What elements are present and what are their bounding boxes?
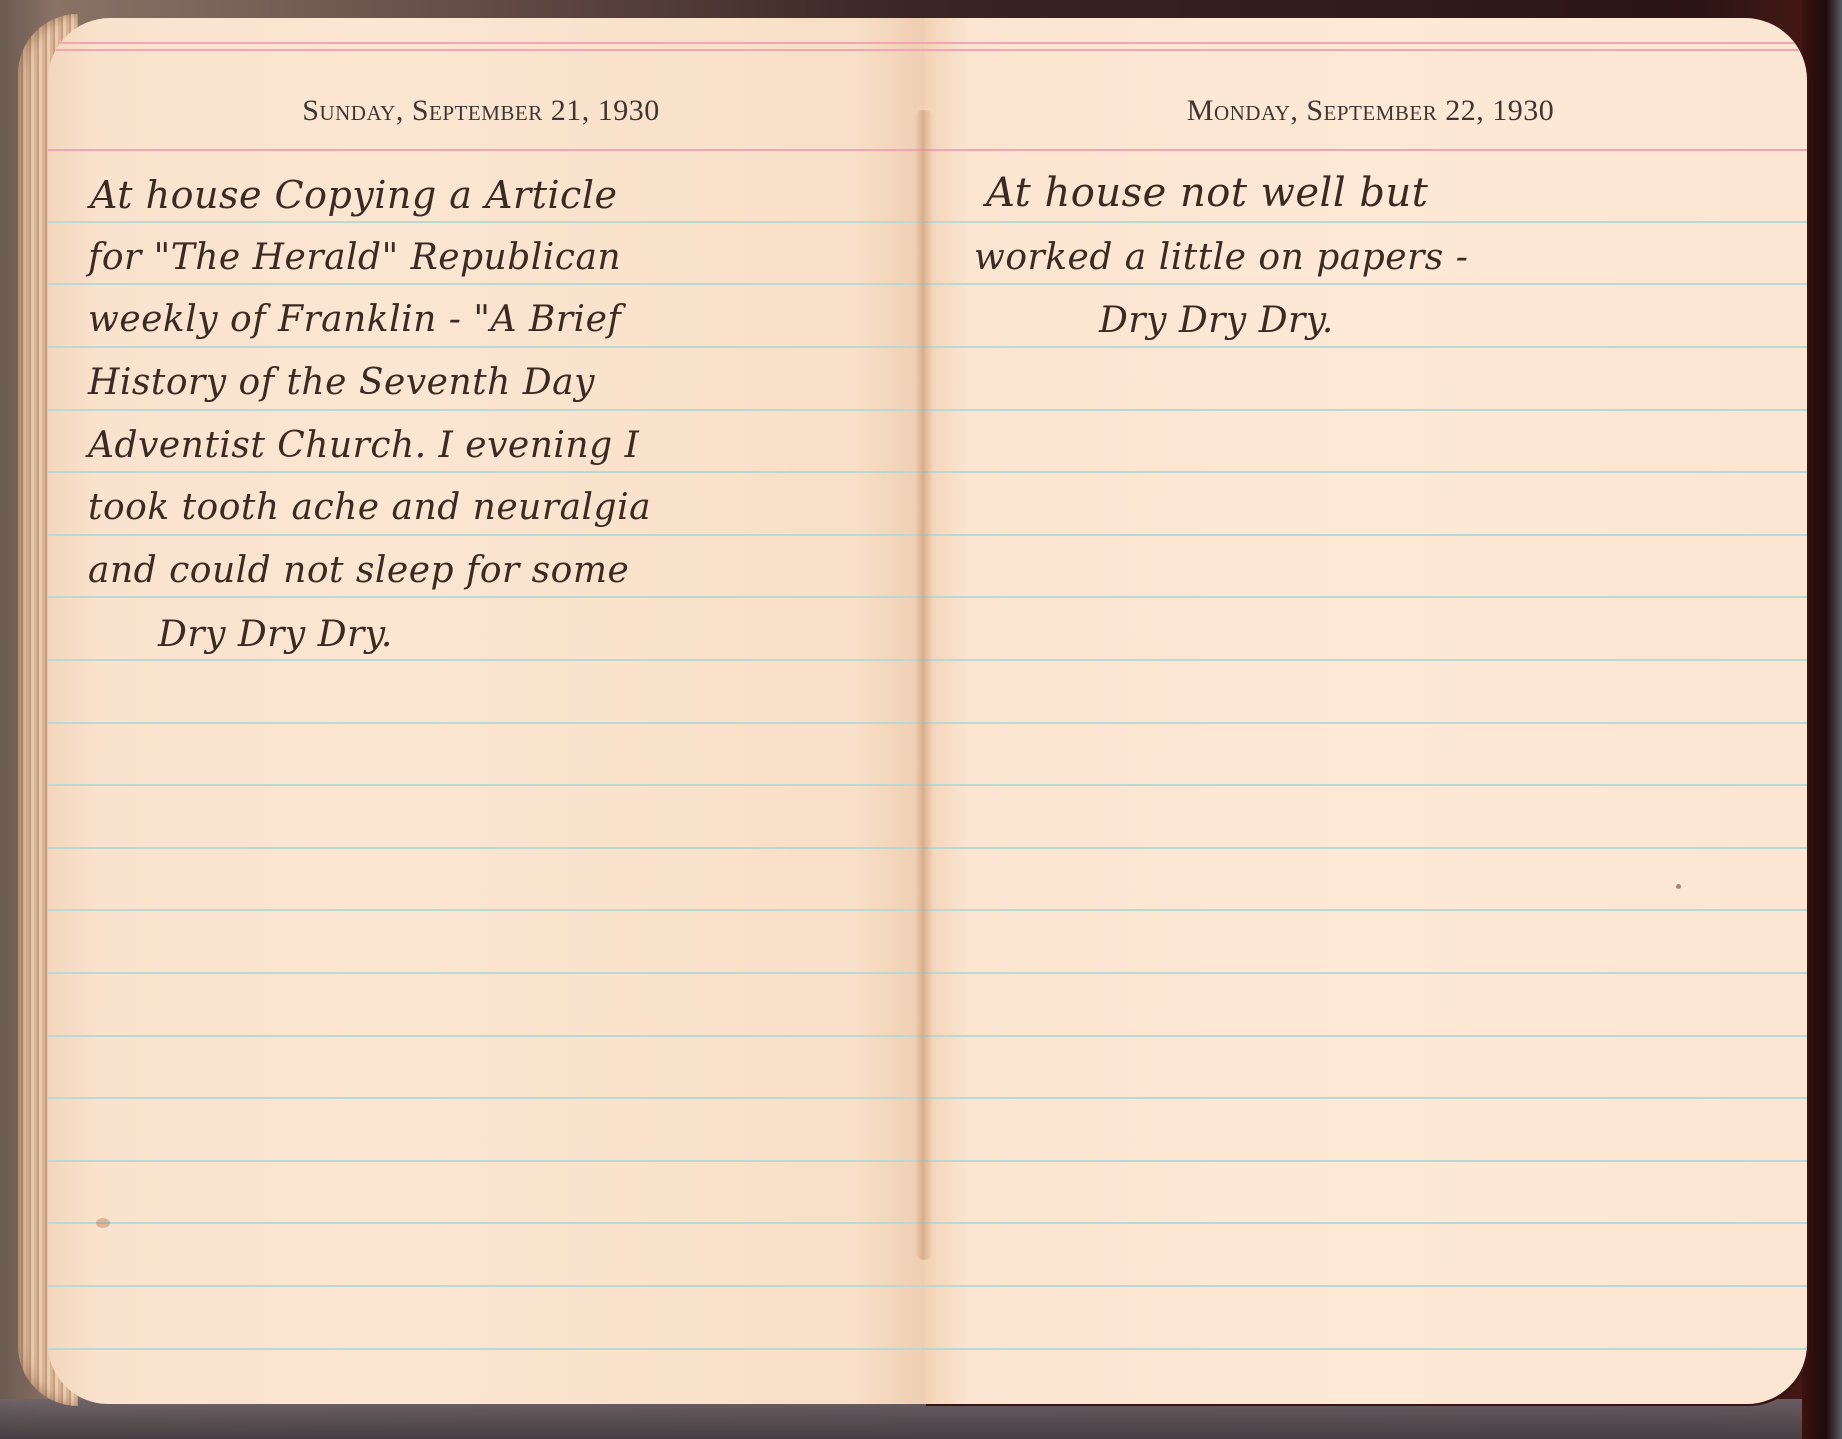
ruled-line xyxy=(924,409,1807,411)
handwritten-line: took tooth ache and neuralgia xyxy=(88,487,651,528)
top-pink-rule-1 xyxy=(924,42,1807,44)
ruled-line xyxy=(48,972,924,974)
date-header: Sunday, September 21, 1930 xyxy=(48,94,924,128)
top-pink-rule-2 xyxy=(48,49,924,51)
handwritten-line: Adventist Church. I evening I xyxy=(88,425,639,466)
ruled-line xyxy=(48,283,924,285)
ruled-line xyxy=(48,596,924,598)
ruled-line xyxy=(924,1097,1807,1099)
scanner-background xyxy=(0,1399,1842,1439)
top-pink-rule-2 xyxy=(924,49,1807,51)
header-pink-rule xyxy=(924,149,1807,151)
ruled-line xyxy=(924,283,1807,285)
ruled-line xyxy=(924,1285,1807,1287)
ruled-line xyxy=(48,784,924,786)
ruled-line xyxy=(924,1348,1807,1350)
ruled-line xyxy=(48,221,924,223)
handwritten-line: At house Copying a Article xyxy=(90,173,617,217)
ruled-line xyxy=(48,1348,924,1350)
ruled-line xyxy=(924,972,1807,974)
ruled-line xyxy=(48,1097,924,1099)
handwritten-signoff: Dry Dry Dry. xyxy=(1099,300,1334,341)
ruled-line xyxy=(924,659,1807,661)
paper-speck xyxy=(1676,884,1681,889)
ruled-line xyxy=(48,534,924,536)
handwritten-line: History of the Seventh Day xyxy=(88,362,595,403)
ruled-line xyxy=(48,1285,924,1287)
date-header: Monday, September 22, 1930 xyxy=(924,94,1807,128)
ruled-line xyxy=(48,847,924,849)
ruled-line xyxy=(924,1222,1807,1224)
book-spine-gutter xyxy=(915,110,933,1260)
ruled-line xyxy=(924,784,1807,786)
diary-page-left: Sunday, September 21, 1930 At house Copy… xyxy=(48,18,924,1404)
ruled-line xyxy=(924,596,1807,598)
ruled-line xyxy=(48,1160,924,1162)
handwritten-line: and could not sleep for some xyxy=(88,550,629,591)
handwritten-line: weekly of Franklin - "A Brief xyxy=(88,299,621,340)
handwritten-signoff: Dry Dry Dry. xyxy=(158,614,393,655)
paper-stain xyxy=(96,1218,110,1228)
ruled-line xyxy=(924,534,1807,536)
ruled-line xyxy=(924,909,1807,911)
ruled-line xyxy=(924,847,1807,849)
top-pink-rule-1 xyxy=(48,42,924,44)
diary-page-right: Monday, September 22, 1930 At house not … xyxy=(924,18,1807,1404)
book-cover-edge xyxy=(1802,0,1842,1439)
ruled-line xyxy=(48,346,924,348)
ruled-line xyxy=(48,659,924,661)
handwritten-line: for "The Herald" Republican xyxy=(88,237,621,278)
ruled-line xyxy=(48,1222,924,1224)
handwritten-line: At house not well but xyxy=(986,170,1428,216)
ruled-line xyxy=(48,409,924,411)
ruled-line xyxy=(48,1035,924,1037)
handwritten-line: worked a little on papers - xyxy=(974,237,1468,278)
ruled-line xyxy=(924,221,1807,223)
ruled-line xyxy=(924,471,1807,473)
ruled-line xyxy=(48,909,924,911)
ruled-line xyxy=(924,346,1807,348)
ruled-line xyxy=(48,722,924,724)
ruled-line xyxy=(924,1035,1807,1037)
header-pink-rule xyxy=(48,149,924,151)
ruled-line xyxy=(924,722,1807,724)
ruled-line xyxy=(48,471,924,473)
ruled-line xyxy=(924,1160,1807,1162)
